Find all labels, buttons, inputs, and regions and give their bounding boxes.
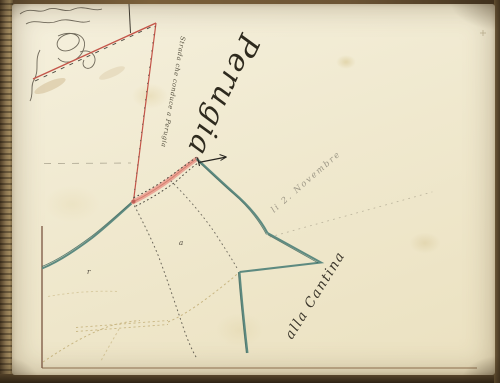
stream-west-branch bbox=[42, 204, 132, 269]
road-junction-point bbox=[132, 200, 136, 204]
boundary-dash-marks bbox=[35, 26, 153, 81]
scanned-map-photo: Perugia Strada che conduce a Perugia all… bbox=[0, 0, 500, 383]
footpath-branch bbox=[101, 329, 119, 361]
map-drawing: Perugia Strada che conduce a Perugia all… bbox=[12, 4, 495, 375]
footpath-west-faint bbox=[48, 291, 117, 296]
road-edge-dots-lower bbox=[136, 163, 198, 206]
archival-scribble-icon bbox=[26, 20, 90, 24]
stream-south-branch bbox=[240, 272, 248, 353]
pencil-guide-dashes bbox=[44, 163, 131, 164]
parcel-letter-r: r bbox=[87, 268, 91, 276]
date-annotation: li 2. Novembre bbox=[269, 149, 343, 215]
dotted-boundary-south bbox=[135, 206, 197, 357]
corner-flourish-annotations bbox=[20, 8, 102, 101]
map-title: Perugia bbox=[179, 28, 266, 162]
red-boundary-line-vertical bbox=[134, 23, 157, 201]
paper-edge-bottom bbox=[0, 374, 500, 383]
stream-shade-line bbox=[238, 272, 246, 353]
map-sheet: Perugia Strada che conduce a Perugia all… bbox=[12, 4, 495, 375]
stream-shade-line bbox=[197, 160, 267, 235]
dotted-boundary-middle bbox=[171, 181, 238, 269]
erasure-smudge bbox=[98, 64, 127, 83]
stream-zigzag bbox=[240, 233, 322, 272]
footpath-double-upper bbox=[76, 321, 168, 328]
road-highlight-group bbox=[132, 157, 199, 207]
register-cross-mark bbox=[480, 30, 486, 36]
red-boundary-line-diagonal bbox=[33, 23, 156, 79]
fold-mark bbox=[129, 4, 131, 33]
archival-scribble-icon bbox=[20, 8, 102, 14]
erasure-smudge bbox=[33, 75, 68, 97]
footpath-group bbox=[43, 273, 239, 363]
map-subtitle: Strada che conduce a Perugia bbox=[159, 36, 186, 148]
footpath-double-lower bbox=[76, 325, 168, 332]
stream-shading-group bbox=[42, 160, 318, 353]
parcel-letter-a: a bbox=[179, 239, 183, 247]
stream-shade-line bbox=[42, 202, 132, 267]
red-boundary-group bbox=[33, 23, 156, 201]
stream-shade-line bbox=[268, 235, 319, 263]
stream-group bbox=[42, 159, 321, 354]
